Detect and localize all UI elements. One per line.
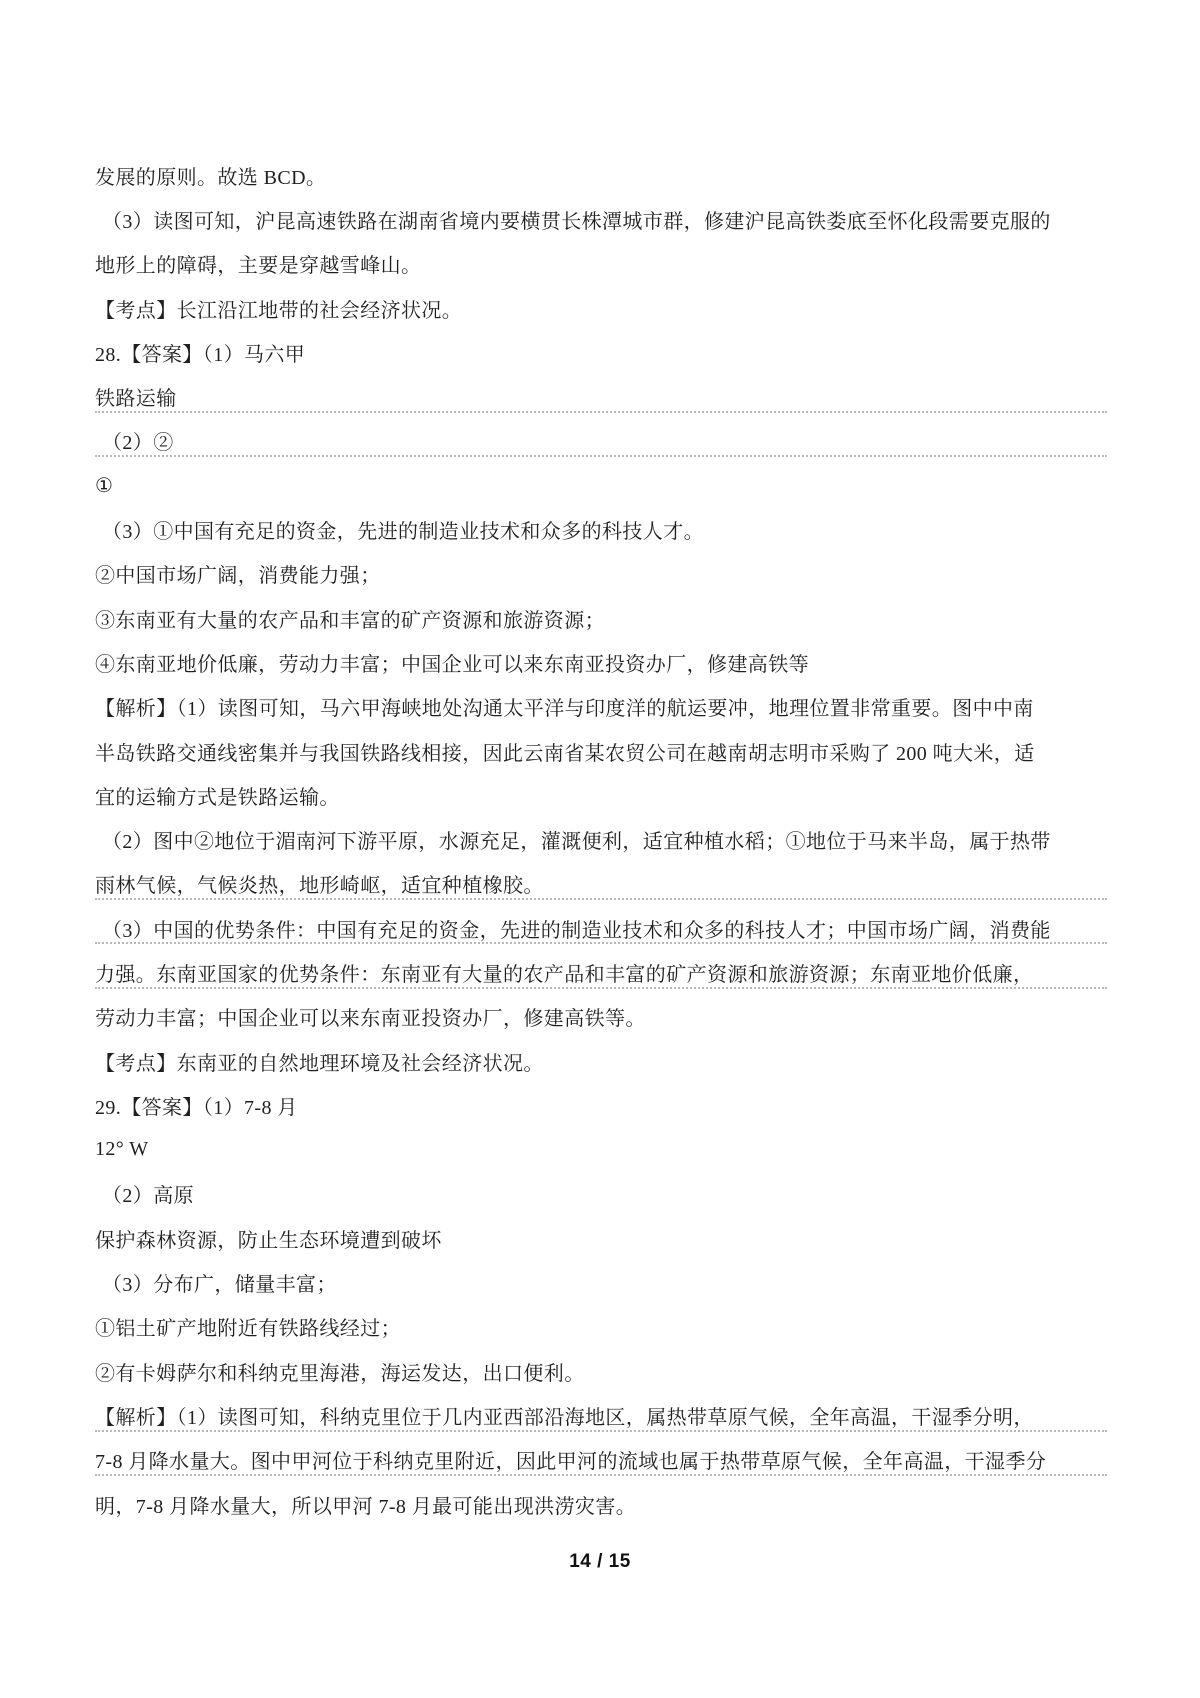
text-line: 发展的原则。故选 BCD。 [95, 153, 1107, 197]
text-line-content: ③东南亚有大量的农产品和丰富的矿产资源和旅游资源； [95, 604, 605, 633]
text-line: 劳动力丰富；中国企业可以来东南亚投资办厂，修建高铁等。 [95, 995, 1107, 1039]
text-line: 【解析】（1）读图可知，马六甲海峡地处沟通太平洋与印度洋的航运要冲，地理位置非常… [95, 685, 1107, 729]
text-line: ②中国市场广阔，消费能力强； [95, 552, 1107, 596]
text-line-content: 明，7-8 月降水量大，所以甲河 7-8 月最可能出现洪涝灾害。 [95, 1490, 636, 1519]
text-line: 半岛铁路交通线密集并与我国铁路线相接，因此云南省某农贸公司在越南胡志明市采购了 … [95, 729, 1107, 773]
text-line-content: （3）中国的优势条件：中国有充足的资金，先进的制造业技术和众多的科技人才；中国市… [102, 914, 1051, 943]
text-line-content: 雨林气候，气候炎热，地形崎岖，适宜种植橡胶。 [95, 869, 544, 898]
text-line: 29.【答案】（1）7-8 月 [95, 1083, 1107, 1127]
text-line: （3）读图可知，沪昆高速铁路在湖南省境内要横贯长株潭城市群，修建沪昆高铁娄底至怀… [95, 197, 1107, 241]
text-line: ①铝土矿产地附近有铁路线经过； [95, 1305, 1107, 1349]
text-line-content: 7-8 月降水量大。图中甲河位于科纳克里附近，因此甲河的流域也属于热带草原气候，… [95, 1445, 1046, 1474]
text-line-content: （2）② [102, 426, 174, 455]
text-line: ① [95, 463, 1107, 507]
text-line-content: ④东南亚地价低廉，劳动力丰富；中国企业可以来东南亚投资办厂，修建高铁等 [95, 648, 809, 677]
text-line: （2）图中②地位于湄南河下游平原，水源充足，灌溉便利，适宜种植水稻；①地位于马来… [95, 817, 1107, 861]
text-line: （2）高原 [95, 1172, 1107, 1216]
dotted-underline [95, 455, 1107, 457]
text-line-content: 地形上的障碍，主要是穿越雪峰山。 [95, 249, 421, 278]
text-line-content: 【考点】东南亚的自然地理环境及社会经济状况。 [95, 1047, 544, 1076]
text-line-content: 力强。东南亚国家的优势条件：东南亚有大量的农产品和丰富的矿产资源和旅游资源；东南… [95, 958, 1033, 987]
text-line-content: 宜的运输方式是铁路运输。 [95, 781, 340, 810]
document-page: 发展的原则。故选 BCD。（3）读图可知，沪昆高速铁路在湖南省境内要横贯长株潭城… [0, 0, 1200, 1698]
text-line: （3）①中国有充足的资金，先进的制造业技术和众多的科技人才。 [95, 507, 1107, 551]
text-line-content: ① [95, 473, 113, 498]
text-line: 雨林气候，气候炎热，地形崎岖，适宜种植橡胶。 [95, 862, 1107, 906]
text-line: 【考点】长江沿江地带的社会经济状况。 [95, 286, 1107, 330]
text-line-content: （3）分布广，储量丰富； [102, 1268, 337, 1297]
text-line: 28.【答案】（1）马六甲 [95, 330, 1107, 374]
text-line: 宜的运输方式是铁路运输。 [95, 773, 1107, 817]
text-line: （3）中国的优势条件：中国有充足的资金，先进的制造业技术和众多的科技人才；中国市… [95, 906, 1107, 950]
text-line: 铁路运输 [95, 374, 1107, 418]
text-line: 【考点】东南亚的自然地理环境及社会经济状况。 [95, 1039, 1107, 1083]
text-line: 【解析】（1）读图可知，科纳克里位于几内亚西部沿海地区，属热带草原气候，全年高温… [95, 1393, 1107, 1437]
text-line-content: （3）①中国有充足的资金，先进的制造业技术和众多的科技人才。 [102, 515, 704, 544]
text-line-content: （2）图中②地位于湄南河下游平原，水源充足，灌溉便利，适宜种植水稻；①地位于马来… [102, 825, 1051, 854]
text-line-content: 29.【答案】（1）7-8 月 [95, 1091, 298, 1120]
dotted-underline [95, 411, 1107, 413]
text-line-content: 【解析】（1）读图可知，马六甲海峡地处沟通太平洋与印度洋的航运要冲，地理位置非常… [95, 692, 1034, 721]
text-line-content: ②有卡姆萨尔和科纳克里海港，海运发达，出口便利。 [95, 1357, 585, 1386]
text-line: ③东南亚有大量的农产品和丰富的矿产资源和旅游资源； [95, 596, 1107, 640]
text-line: 保护森林资源，防止生态环境遭到破坏 [95, 1216, 1107, 1260]
text-line: 地形上的障碍，主要是穿越雪峰山。 [95, 242, 1107, 286]
text-line-content: 【考点】长江沿江地带的社会经济状况。 [95, 294, 462, 323]
text-line-content: 发展的原则。故选 BCD。 [95, 161, 326, 190]
answer-text-block: 发展的原则。故选 BCD。（3）读图可知，沪昆高速铁路在湖南省境内要横贯长株潭城… [95, 153, 1107, 1526]
text-line-content: （2）高原 [102, 1179, 194, 1208]
text-line-content: 12° W [95, 1138, 149, 1161]
text-line: 7-8 月降水量大。图中甲河位于科纳克里附近，因此甲河的流域也属于热带草原气候，… [95, 1438, 1107, 1482]
page-number: 14 / 15 [0, 1551, 1200, 1573]
text-line: ②有卡姆萨尔和科纳克里海港，海运发达，出口便利。 [95, 1349, 1107, 1393]
text-line-content: 铁路运输 [95, 382, 177, 411]
text-line-content: 28.【答案】（1）马六甲 [95, 338, 305, 367]
text-line: 明，7-8 月降水量大，所以甲河 7-8 月最可能出现洪涝灾害。 [95, 1482, 1107, 1526]
text-line: 力强。东南亚国家的优势条件：东南亚有大量的农产品和丰富的矿产资源和旅游资源；东南… [95, 950, 1107, 994]
text-line-content: 半岛铁路交通线密集并与我国铁路线相接，因此云南省某农贸公司在越南胡志明市采购了 … [95, 737, 1035, 766]
text-line: （2）② [95, 419, 1107, 463]
text-line-content: （3）读图可知，沪昆高速铁路在湖南省境内要横贯长株潭城市群，修建沪昆高铁娄底至怀… [102, 205, 1051, 234]
text-line-content: ②中国市场广阔，消费能力强； [95, 559, 381, 588]
text-line-content: ①铝土矿产地附近有铁路线经过； [95, 1312, 401, 1341]
text-line-content: 【解析】（1）读图可知，科纳克里位于几内亚西部沿海地区，属热带草原气候，全年高温… [95, 1401, 1034, 1430]
text-line: ④东南亚地价低廉，劳动力丰富；中国企业可以来东南亚投资办厂，修建高铁等 [95, 640, 1107, 684]
text-line: （3）分布广，储量丰富； [95, 1260, 1107, 1304]
text-line-content: 保护森林资源，防止生态环境遭到破坏 [95, 1224, 442, 1253]
text-line-content: 劳动力丰富；中国企业可以来东南亚投资办厂，修建高铁等。 [95, 1002, 646, 1031]
text-line: 12° W [95, 1128, 1107, 1172]
